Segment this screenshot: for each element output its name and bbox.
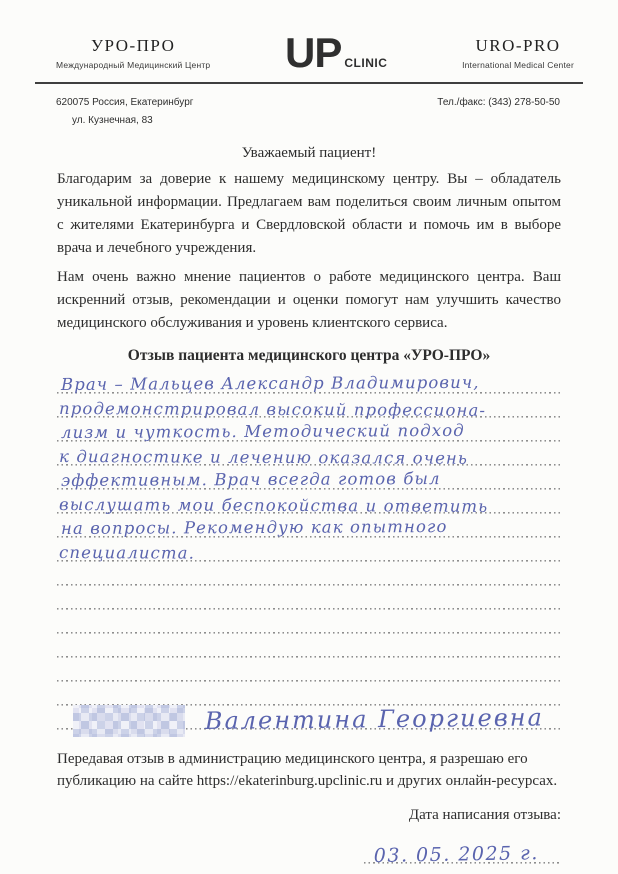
redacted-name-block (73, 705, 185, 737)
brand-left-subtitle: Международный Медицинский Центр (56, 60, 210, 70)
handwriting: Врач – Мальцев Александр Владимирович, (61, 373, 480, 394)
logo-up-text: UP (285, 32, 341, 74)
scanned-review-letter: УРО-ПРО Международный Медицинский Центр … (0, 0, 618, 874)
review-line: Врач – Мальцев Александр Владимирович, (57, 370, 561, 394)
handwriting: на вопросы. Рекомендую как опытного (61, 517, 448, 538)
brand-right-title: URO-PRO (462, 36, 574, 56)
letter-body: Уважаемый пациент! Благодарим за доверие… (57, 145, 561, 864)
date-handwriting: 03. 05. 2025 г. (374, 842, 539, 867)
handwriting: к диагностике и лечению оказался очень (59, 447, 468, 468)
review-line-empty (57, 682, 561, 706)
review-line-empty (57, 634, 561, 658)
handwriting: лизм и чуткость. Методический подход (61, 421, 465, 442)
letterhead: УРО-ПРО Международный Медицинский Центр … (0, 0, 618, 74)
review-line: выслушать мои беспокойства и ответить (57, 490, 561, 514)
brand-left: УРО-ПРО Международный Медицинский Центр (56, 36, 210, 70)
handwriting: продемонстрировал высокий профессиона- (59, 399, 486, 420)
handwriting: выслушать мои беспокойства и ответить (59, 495, 488, 516)
address-line-1: 620075 Россия, Екатеринбург (56, 97, 193, 108)
signature-handwriting: Валентина Георгиевна (205, 703, 544, 735)
review-line: специалиста. (57, 538, 561, 562)
review-line: лизм и чуткость. Методический подход (57, 418, 561, 442)
review-line-empty (57, 586, 561, 610)
up-clinic-logo: UP CLINIC (285, 32, 387, 74)
review-line: продемонстрировал высокий профессиона- (57, 394, 561, 418)
intro-paragraph-2: Нам очень важно мнение пациентов о работ… (57, 266, 561, 335)
intro-paragraph-1: Благодарим за доверие к нашему медицинск… (57, 168, 561, 260)
date-label: Дата написания отзыва: (57, 807, 561, 824)
brand-right-subtitle: International Medical Center (462, 60, 574, 70)
handwriting: специалиста. (59, 543, 195, 563)
review-line: эффективным. Врач всегда готов был (57, 466, 561, 490)
brand-right: URO-PRO International Medical Center (462, 36, 574, 70)
signature-line: Валентина Георгиевна (57, 706, 561, 730)
handwritten-review: Врач – Мальцев Александр Владимирович, п… (57, 370, 561, 730)
brand-left-title: УРО-ПРО (56, 36, 210, 56)
handwriting: эффективным. Врач всегда готов был (61, 469, 441, 490)
logo-clinic-text: CLINIC (344, 56, 387, 70)
address-line-2: ул. Кузнечная, 83 (72, 115, 193, 126)
review-line-empty (57, 658, 561, 682)
contact-info: 620075 Россия, Екатеринбург ул. Кузнечна… (56, 97, 560, 126)
header-divider (35, 82, 583, 84)
phone-fax: Тел./факс: (343) 278-50-50 (437, 97, 560, 126)
greeting: Уважаемый пациент! (57, 145, 561, 162)
review-heading: Отзыв пациента медицинского центра «УРО-… (57, 347, 561, 365)
review-line-empty (57, 610, 561, 634)
address-block: 620075 Россия, Екатеринбург ул. Кузнечна… (56, 97, 193, 126)
date-line: 03. 05. 2025 г. (364, 836, 559, 864)
consent-paragraph: Передавая отзыв в администрацию медицинс… (57, 748, 561, 792)
review-line: к диагностике и лечению оказался очень (57, 442, 561, 466)
review-line-empty (57, 562, 561, 586)
review-line: на вопросы. Рекомендую как опытного (57, 514, 561, 538)
